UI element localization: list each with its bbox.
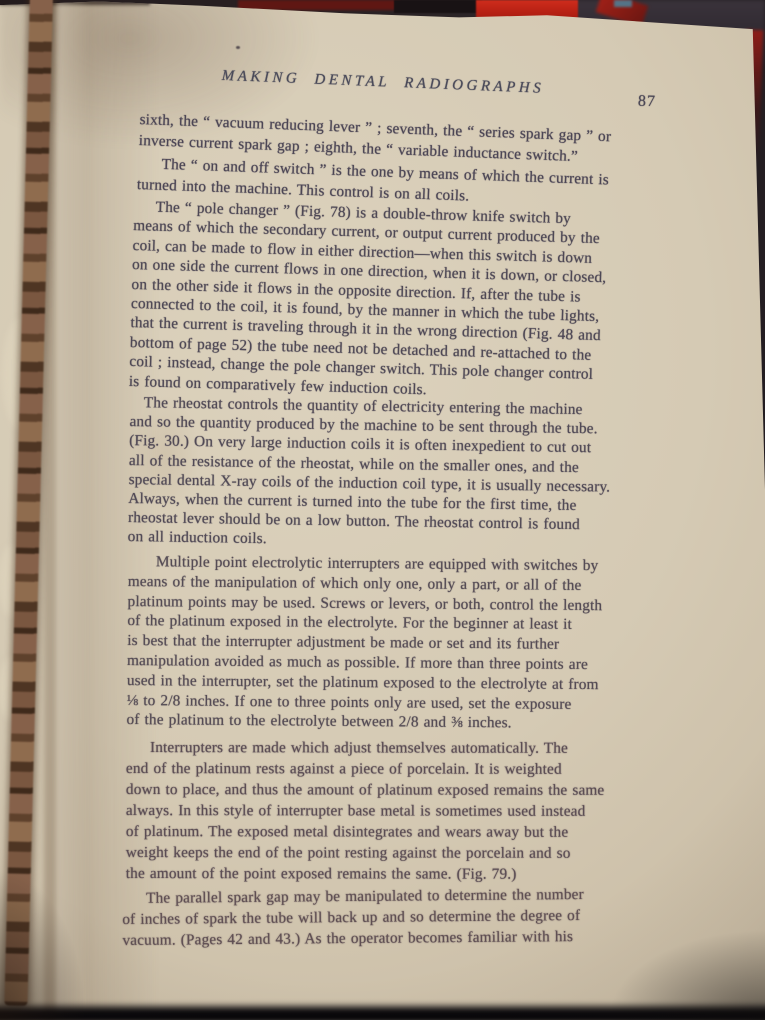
photo-vignette xyxy=(0,0,765,1020)
book-photo: MAKING DENTAL RADIOGRAPHS 87 sixth, the … xyxy=(0,0,765,1020)
